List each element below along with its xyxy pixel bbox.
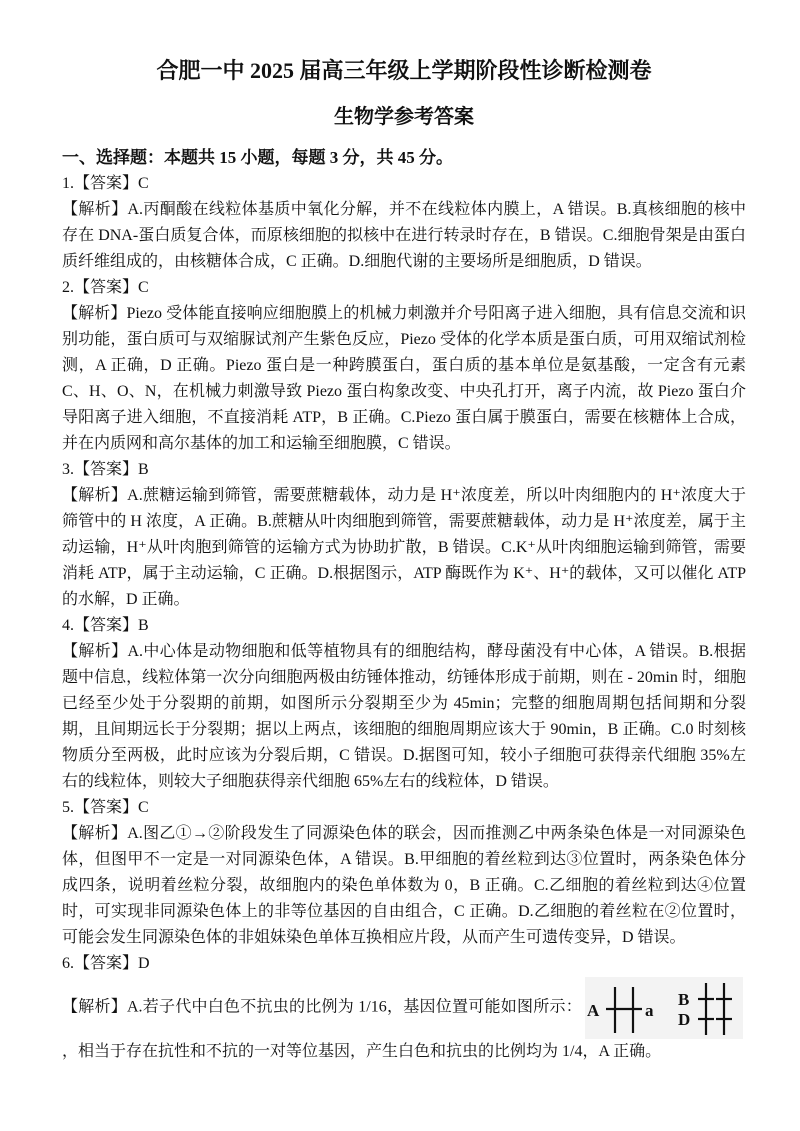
- allele-label-A: A: [587, 1001, 600, 1020]
- answer-letter-6: D: [138, 955, 150, 972]
- answer-line-5: 5.【答案】C: [62, 795, 746, 821]
- gene-position-figure: A a B D: [585, 977, 743, 1039]
- answer-label-5: 5.【答案】: [62, 799, 138, 816]
- analysis-1: 【解析】A.丙酮酸在线粒体基质中氧化分解，并不在线粒体内膜上，A 错误。B.真核…: [62, 197, 746, 275]
- answer-letter-4: B: [138, 617, 149, 634]
- answer-line-6: 6.【答案】D: [62, 951, 746, 977]
- allele-label-D: D: [678, 1010, 690, 1029]
- allele-label-B: B: [678, 990, 689, 1009]
- answer-label-6: 6.【答案】: [62, 955, 138, 972]
- section-heading: 一、选择题：本题共 15 小题，每题 3 分，共 45 分。: [62, 144, 746, 171]
- answer-label-2: 2.【答案】: [62, 279, 138, 296]
- answer-letter-3: B: [138, 461, 149, 478]
- doc-title: 合肥一中 2025 届高三年级上学期阶段性诊断检测卷: [62, 56, 746, 86]
- answer-line-2: 2.【答案】C: [62, 275, 746, 301]
- answer-label-1: 1.【答案】: [62, 175, 138, 192]
- answer-letter-2: C: [138, 279, 149, 296]
- answer-letter-1: C: [138, 175, 149, 192]
- answer-line-3: 3.【答案】B: [62, 457, 746, 483]
- answer-sheet-page: 合肥一中 2025 届高三年级上学期阶段性诊断检测卷 生物学参考答案 一、选择题…: [0, 0, 800, 1131]
- analysis-3: 【解析】A.蔗糖运输到筛管，需要蔗糖载体，动力是 H⁺浓度差，所以叶肉细胞内的 …: [62, 483, 746, 613]
- analysis-6-text-after: ，相当于存在抗性和不抗的一对等位基因，产生白色和抗虫的比例均为 1/4，A 正确…: [62, 1043, 661, 1060]
- doc-subtitle: 生物学参考答案: [62, 103, 746, 131]
- allele-label-a: a: [645, 1001, 654, 1020]
- analysis-4: 【解析】A.中心体是动物细胞和低等植物具有的细胞结构，酵母菌没有中心体，A 错误…: [62, 639, 746, 795]
- analysis-6-text-before: 【解析】A.若子代中白色不抗虫的比例为 1/16，基因位置可能如图所示：: [62, 999, 582, 1016]
- answer-line-1: 1.【答案】C: [62, 171, 746, 197]
- answer-label-4: 4.【答案】: [62, 617, 138, 634]
- analysis-5: 【解析】A.图乙①→②阶段发生了同源染色体的联会，因而推测乙中两条染色体是一对同…: [62, 821, 746, 951]
- answer-line-4: 4.【答案】B: [62, 613, 746, 639]
- answer-label-3: 3.【答案】: [62, 461, 138, 478]
- answer-letter-5: C: [138, 799, 149, 816]
- analysis-2: 【解析】Piezo 受体能直接响应细胞膜上的机械力刺激并介号阳离子进入细胞，具有…: [62, 301, 746, 457]
- analysis-6: 【解析】A.若子代中白色不抗虫的比例为 1/16，基因位置可能如图所示： A a…: [62, 977, 746, 1065]
